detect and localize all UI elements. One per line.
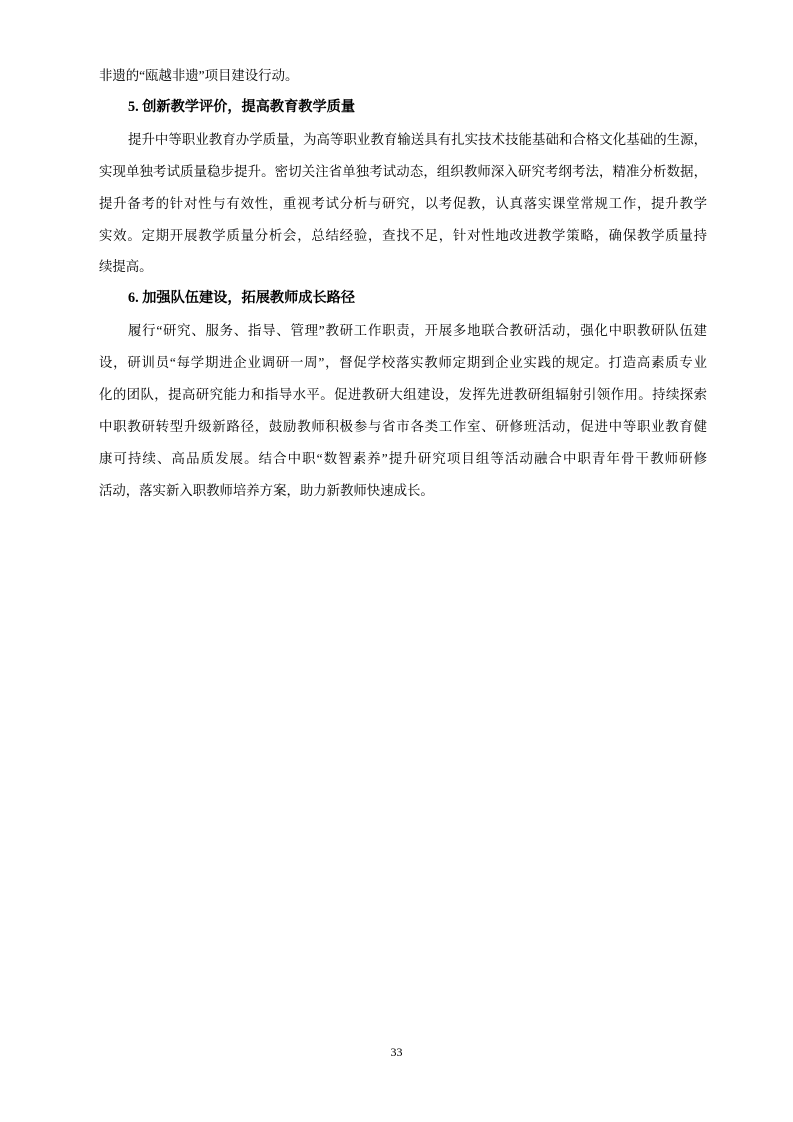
paragraph-line: 提升备考的针对性与有效性，重视考试分析与研究，以考促教，认真落实课堂常规工作，提… [99, 188, 707, 220]
section-heading: 5. 创新教学评价，提高教育教学质量 [99, 92, 707, 124]
paragraph-line: 履行“研究、服务、指导、管理”教研工作职责，开展多地联合教研活动，强化中职教研队… [99, 315, 707, 347]
paragraph-line: 康可持续、高品质发展。结合中职“数智素养”提升研究项目组等活动融合中职青年骨干教… [99, 443, 707, 475]
paragraph-line: 提升中等职业教育办学质量，为高等职业教育输送具有扎实技术技能基础和合格文化基础的… [99, 124, 707, 156]
paragraph-line: 实现单独考试质量稳步提升。密切关注省单独考试动态，组织教师深入研究考纲考法，精准… [99, 156, 707, 188]
paragraph-line: 非遗的“瓯越非遗”项目建设行动。 [99, 60, 707, 92]
paragraph-line: 活动，落实新入职教师培养方案，助力新教师快速成长。 [99, 475, 707, 507]
paragraph-line: 化的团队，提高研究能力和指导水平。促进教研大组建设，发挥先进教研组辐射引领作用。… [99, 379, 707, 411]
paragraph-line: 续提高。 [99, 251, 707, 283]
section-heading: 6. 加强队伍建设，拓展教师成长路径 [99, 283, 707, 315]
document-page: 非遗的“瓯越非遗”项目建设行动。5. 创新教学评价，提高教育教学质量提升中等职业… [0, 0, 793, 1122]
document-body: 非遗的“瓯越非遗”项目建设行动。5. 创新教学评价，提高教育教学质量提升中等职业… [99, 60, 707, 507]
paragraph-line: 中职教研转型升级新路径，鼓励教师积极参与省市各类工作室、研修班活动，促进中等职业… [99, 411, 707, 443]
paragraph-line: 设，研训员“每学期进企业调研一周”，督促学校落实教师定期到企业实践的规定。打造高… [99, 347, 707, 379]
page-number: 33 [0, 1044, 793, 1060]
paragraph-line: 实效。定期开展教学质量分析会，总结经验，查找不足，针对性地改进教学策略，确保教学… [99, 220, 707, 252]
